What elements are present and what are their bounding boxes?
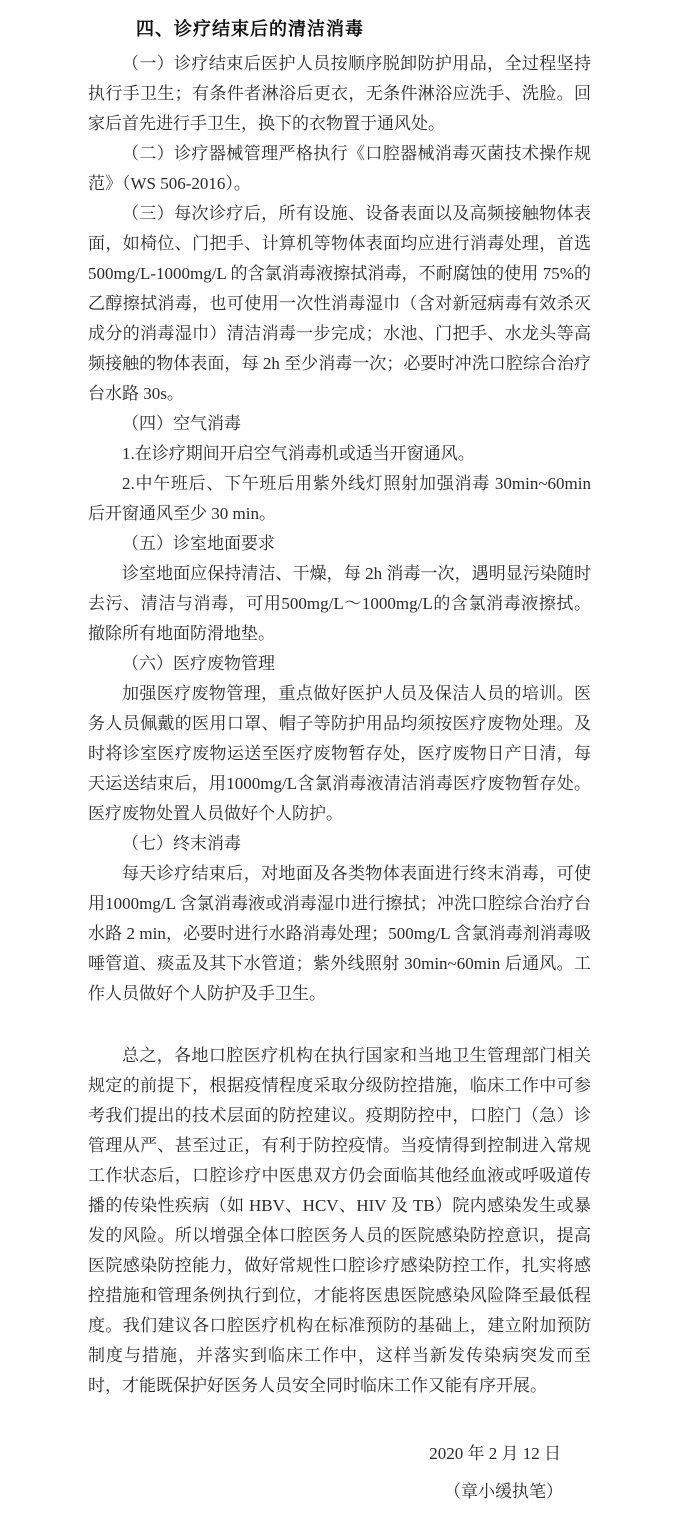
paragraph: 加强医疗废物管理，重点做好医护人员及保洁人员的培训。医务人员佩戴的医用口罩、帽子… — [88, 679, 591, 829]
paragraph: （三）每次诊疗后，所有设施、设备表面以及高频接触物体表面，如椅位、门把手、计算机… — [88, 199, 591, 409]
paragraph: 2.中午班后、下午班后用紫外线灯照射加强消毒 30min~60min 后开窗通风… — [88, 469, 591, 529]
document-date: 2020 年 2 月 12 日 — [88, 1439, 591, 1469]
paragraph: 总之，各地口腔医疗机构在执行国家和当地卫生管理部门相关规定的前提下，根据疫情程度… — [88, 1041, 591, 1401]
document-page: 四、诊疗结束后的清洁消毒 （一）诊疗结束后医护人员按顺序脱卸防护用品，全过程坚持… — [0, 0, 673, 1536]
paragraph: （一）诊疗结束后医护人员按顺序脱卸防护用品，全过程坚持执行手卫生；有条件者淋浴后… — [88, 49, 591, 139]
paragraph: （五）诊室地面要求 — [88, 529, 591, 559]
section-title: 四、诊疗结束后的清洁消毒 — [88, 14, 591, 44]
paragraph: 诊室地面应保持清洁、干燥，每 2h 消毒一次，遇明显污染随时去污、清洁与消毒，可… — [88, 559, 591, 649]
paragraph: 1.在诊疗期间开启空气消毒机或适当开窗通风。 — [88, 439, 591, 469]
paragraph: 每天诊疗结束后，对地面及各类物体表面进行终末消毒，可使用1000mg/L 含氯消… — [88, 859, 591, 1009]
paragraph: （六）医疗废物管理 — [88, 649, 591, 679]
document-byline: （章小缓执笔） — [88, 1477, 591, 1507]
paragraph: （二）诊疗器械管理严格执行《口腔器械消毒灭菌技术操作规范》（WS 506-201… — [88, 139, 591, 199]
paragraph: （七）终末消毒 — [88, 829, 591, 859]
paragraph: （四）空气消毒 — [88, 409, 591, 439]
document-body: （一）诊疗结束后医护人员按顺序脱卸防护用品，全过程坚持执行手卫生；有条件者淋浴后… — [88, 49, 591, 1401]
